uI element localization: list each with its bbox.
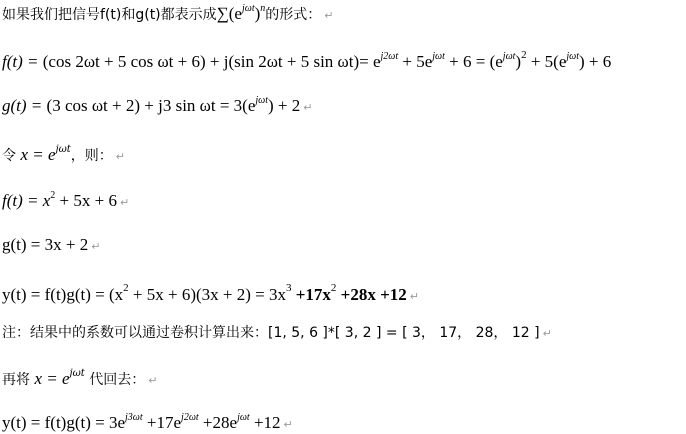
g-x-equation: g(t) = 3x + 2↵ (2, 236, 100, 253)
let-x-line: 令 x = ejωt，则：↵ (2, 146, 125, 163)
sum-expression: ∑(ejωt)n (217, 4, 266, 23)
intro-line: 如果我们把信号f(t)和g(t)都表示成∑(ejωt)n的形式：↵ (2, 5, 334, 22)
convolution-note: 注：结果中的系数可以通过卷积计算出来：[1, 5, 6 ]*[ 3, 2 ] =… (2, 326, 552, 340)
return-mark-icon: ↵ (116, 150, 125, 163)
return-mark-icon: ↵ (303, 101, 312, 114)
substitute-line: 再将 x = ejωt 代回去：↵ (2, 370, 157, 387)
f-x-equation: f(t) = x2 + 5x + 6↵ (2, 192, 129, 209)
y-final-equation: y(t) = f(t)g(t) = 3ej3ωt +17ej2ωt +28ejω… (2, 414, 293, 431)
return-mark-icon: ↵ (148, 374, 157, 387)
return-mark-icon: ↵ (324, 9, 333, 22)
return-mark-icon: ↵ (284, 418, 293, 431)
return-mark-icon: ↵ (543, 327, 552, 340)
return-mark-icon: ↵ (91, 240, 100, 253)
intro-text: 如果我们把信号f(t)和g(t)都表示成 (2, 7, 217, 23)
intro-suffix: 的形式： (265, 7, 321, 23)
return-mark-icon: ↵ (120, 196, 129, 209)
y-x-equation: y(t) = f(t)g(t) = (x2 + 5x + 6)(3x + 2) … (2, 286, 419, 303)
g-full-equation: g(t) = (3 cos ωt + 2) + j3 sin ωt = 3(ej… (2, 97, 312, 114)
f-full-equation: f(t) = (cos 2ωt + 5 cos ωt + 6) + j(sin … (2, 53, 611, 70)
return-mark-icon: ↵ (410, 290, 419, 303)
